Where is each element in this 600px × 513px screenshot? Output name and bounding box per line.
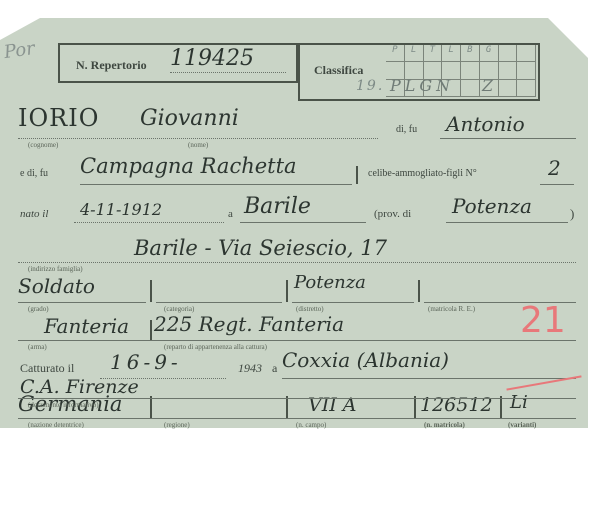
region-caption: (regione) [164,421,190,429]
capture-date: 16-9- [110,350,182,374]
varianti-caption: (varianti) [508,421,536,429]
capture-label: Catturato il [20,361,74,376]
detention-line [18,418,576,419]
classifica-cell: G [480,45,499,62]
repertorio-value: 119425 [170,46,254,71]
classifica-cell: P [386,45,405,62]
classifica-cell [499,45,518,62]
nation-caption: (nazione detentrice) [28,421,84,429]
margin-note: Por [3,38,36,63]
grado-caption: (grado) [28,305,49,313]
divider [150,280,152,302]
mother-name: Campagna Rachetta [80,154,297,178]
born-place-line [240,222,366,223]
repertorio-label: N. Repertorio [76,58,147,73]
classifica-mark: Z [482,76,493,95]
matricola-caption: (n. matricola) [424,421,465,429]
children-line [540,184,574,185]
divider [500,396,502,418]
province-close: ) [570,206,574,222]
classifica-cell: B [461,45,480,62]
capture-date-line [100,378,226,379]
index-card: Por N. Repertorio 119425 Classifica P L … [0,18,588,468]
capture-place: Coxxia (Albania) [282,348,449,372]
divider [414,396,416,418]
province: Potenza [452,194,532,218]
province-label: (prov. di [374,208,411,220]
divider [418,280,420,302]
capture-at-label: a [272,361,277,376]
address-value: Barile - Via Seiescio, 17 [134,236,387,260]
camp-caption: (n. campo) [296,421,326,429]
divider [150,396,152,418]
mother-prefix: e di, fu [20,168,48,179]
address-line [18,262,576,263]
varianti-value: Li [510,392,528,413]
reparto-value: 225 Regt. Fanteria [154,312,344,336]
nation-value: Germania [18,392,122,416]
born-label: nato il [20,208,48,220]
province-line [446,222,568,223]
divider [286,396,288,418]
name-caption: (nome) [188,141,208,149]
classifica-cell [517,45,536,62]
mother-line [80,184,352,185]
name-line [18,138,378,139]
repertorio-underline [170,72,286,73]
born-date-line [74,222,224,223]
categoria-line [156,302,282,303]
classifica-cell: L [405,45,424,62]
classifica-label: Classifica [314,63,363,78]
capture-place-line [282,378,576,379]
capture-year: 1943 [238,361,262,376]
classifica-code: PLGN [390,76,454,95]
marital-label: celibe-ammogliato-figli N° [368,168,477,179]
classifica-cell: T [424,45,443,62]
arma-line [18,340,576,341]
surname: IORIO [18,104,99,132]
born-date: 4-11-1912 [80,200,162,219]
classifica-cell: L [442,45,461,62]
camp-value: VII A [308,394,357,416]
father-name: Antonio [446,112,525,136]
grado-line [18,302,146,303]
distretto-line [292,302,414,303]
classifica-prefix: 19. [356,78,384,94]
matricola-re-caption: (matricola R. E.) [428,305,475,313]
arma-caption: (arma) [28,343,47,351]
surname-caption: (cognome) [28,141,58,149]
address-caption: (indirizzo famiglia) [28,265,83,273]
arma-value: Fanteria [44,314,129,338]
grado-value: Soldato [18,274,95,298]
distretto-value: Potenza [294,272,366,293]
divider [356,166,358,184]
born-at-label: a [228,208,233,220]
father-prefix: di, fu [396,124,417,135]
divider [286,280,288,302]
red-annotation: 21 [520,300,566,341]
born-place: Barile [244,194,311,219]
children-count: 2 [548,156,561,180]
father-line [440,138,576,139]
given-name: Giovanni [140,106,239,131]
matricola-value: 126512 [420,394,493,416]
divider [150,320,152,340]
